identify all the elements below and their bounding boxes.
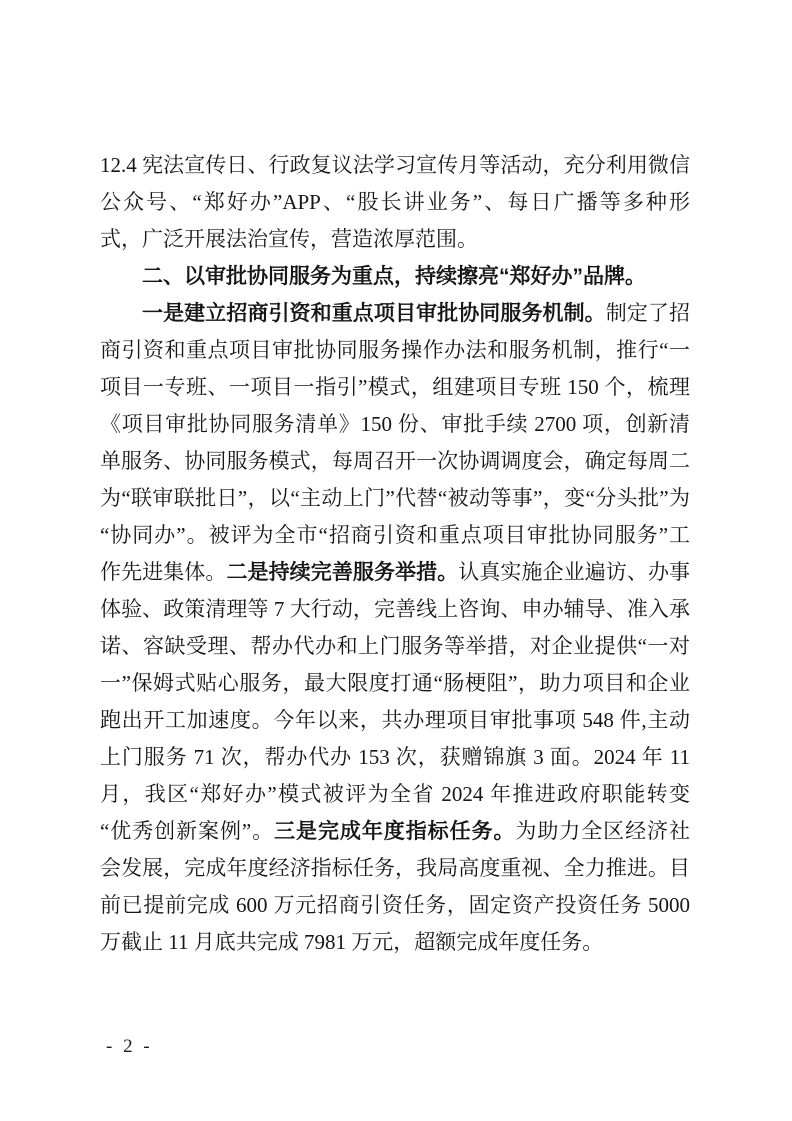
text-line: 万截止 11 月底共完成 7981 万元，超额完成年度任务。 bbox=[100, 924, 690, 961]
bold-text-segment: 三是完成年度指标任务。 bbox=[274, 820, 515, 843]
text-line: 《项目审批协同服务清单》150 份、审批手续 2700 项，创新清 bbox=[100, 406, 690, 443]
text-segment: “协同办”。被评为全市“招商引资和重点项目审批协同服务”工 bbox=[100, 523, 690, 547]
document-page: 12.4 宪法宣传日、行政复议法学习宣传月等活动，充分利用微信公众号、“郑好办”… bbox=[0, 0, 792, 1121]
text-segment: 前已提前完成 600 万元招商引资任务，固定资产投资任务 5000 bbox=[100, 893, 690, 917]
text-segment: 万截止 11 月底共完成 7981 万元，超额完成年度任务。 bbox=[100, 930, 603, 954]
text-line: 跑出开工加速度。今年以来，共办理项目审批事项 548 件,主动 bbox=[100, 702, 690, 739]
text-segment: 诺、容缺受理、帮办代办和上门服务等举措，对企业提供“一对 bbox=[100, 634, 690, 658]
text-segment: 12.4 宪法宣传日、行政复议法学习宣传月等活动，充分利用微信 bbox=[100, 153, 690, 177]
text-segment: 《项目审批协同服务清单》150 份、审批手续 2700 项，创新清 bbox=[100, 412, 690, 436]
text-line: 前已提前完成 600 万元招商引资任务，固定资产投资任务 5000 bbox=[100, 887, 690, 924]
bold-text-segment: 二是持续完善服务举措。 bbox=[226, 561, 458, 584]
text-segment: 为助力全区经济社 bbox=[515, 819, 690, 843]
document-body: 12.4 宪法宣传日、行政复议法学习宣传月等活动，充分利用微信公众号、“郑好办”… bbox=[100, 147, 690, 961]
text-line: 会发展，完成年度经济指标任务，我局高度重视、全力推进。目 bbox=[100, 850, 690, 887]
text-segment: 体验、政策清理等 7 大行动，完善线上咨询、申办辅导、准入承 bbox=[100, 597, 690, 621]
text-segment: 认真实施企业遍访、办事 bbox=[458, 560, 690, 584]
page-number: - 2 - bbox=[106, 1036, 153, 1057]
text-line: “优秀创新案例”。三是完成年度指标任务。为助力全区经济社 bbox=[100, 813, 690, 850]
text-segment: “优秀创新案例”。 bbox=[100, 819, 274, 843]
text-segment: 会发展，完成年度经济指标任务，我局高度重视、全力推进。目 bbox=[100, 856, 690, 880]
text-line: 商引资和重点项目审批协同服务操作办法和服务机制，推行“一 bbox=[100, 332, 690, 369]
text-segment: 单服务、协同服务模式，每周召开一次协调调度会，确定每周二 bbox=[100, 449, 690, 473]
text-line: 公众号、“郑好办”APP、“股长讲业务”、每日广播等多种形 bbox=[100, 184, 690, 221]
text-segment: 跑出开工加速度。今年以来，共办理项目审批事项 548 件,主动 bbox=[100, 708, 690, 732]
text-segment: 公众号、“郑好办”APP、“股长讲业务”、每日广播等多种形 bbox=[100, 190, 690, 214]
text-segment: 制定了招 bbox=[606, 301, 690, 325]
text-segment: 项目一专班、一项目一指引”模式，组建项目专班 150 个，梳理 bbox=[100, 375, 690, 399]
text-line: 上门服务 71 次，帮办代办 153 次，获赠锦旗 3 面。2024 年 11 bbox=[100, 739, 690, 776]
text-segment: 一”保姆式贴心服务，最大限度打通“肠梗阻”，助力项目和企业 bbox=[100, 671, 690, 695]
text-line: 诺、容缺受理、帮办代办和上门服务等举措，对企业提供“一对 bbox=[100, 628, 690, 665]
text-line: 体验、政策清理等 7 大行动，完善线上咨询、申办辅导、准入承 bbox=[100, 591, 690, 628]
text-line: 12.4 宪法宣传日、行政复议法学习宣传月等活动，充分利用微信 bbox=[100, 147, 690, 184]
text-segment: 作先进集体。 bbox=[100, 560, 226, 584]
page-footer: - 2 - bbox=[106, 1036, 153, 1058]
text-segment: 月，我区“郑好办”模式被评为全省 2024 年推进政府职能转变 bbox=[100, 782, 690, 806]
bold-text-segment: 二、以审批协同服务为重点，持续擦亮“郑好办”品牌。 bbox=[142, 265, 646, 288]
text-line: 式，广泛开展法治宣传，营造浓厚范围。 bbox=[100, 221, 690, 258]
text-line: 项目一专班、一项目一指引”模式，组建项目专班 150 个，梳理 bbox=[100, 369, 690, 406]
text-line: 作先进集体。二是持续完善服务举措。认真实施企业遍访、办事 bbox=[100, 554, 690, 591]
text-line: 单服务、协同服务模式，每周召开一次协调调度会，确定每周二 bbox=[100, 443, 690, 480]
text-line: 月，我区“郑好办”模式被评为全省 2024 年推进政府职能转变 bbox=[100, 776, 690, 813]
bold-text-segment: 一是建立招商引资和重点项目审批协同服务机制。 bbox=[142, 302, 606, 325]
text-segment: 式，广泛开展法治宣传，营造浓厚范围。 bbox=[100, 227, 478, 251]
text-line: 二、以审批协同服务为重点，持续擦亮“郑好办”品牌。 bbox=[100, 258, 690, 295]
text-segment: 商引资和重点项目审批协同服务操作办法和服务机制，推行“一 bbox=[100, 338, 690, 362]
text-line: 一”保姆式贴心服务，最大限度打通“肠梗阻”，助力项目和企业 bbox=[100, 665, 690, 702]
text-line: 为“联审联批日”，以“主动上门”代替“被动等事”，变“分头批”为 bbox=[100, 480, 690, 517]
text-line: 一是建立招商引资和重点项目审批协同服务机制。制定了招 bbox=[100, 295, 690, 332]
text-line: “协同办”。被评为全市“招商引资和重点项目审批协同服务”工 bbox=[100, 517, 690, 554]
text-segment: 为“联审联批日”，以“主动上门”代替“被动等事”，变“分头批”为 bbox=[100, 486, 690, 510]
text-segment: 上门服务 71 次，帮办代办 153 次，获赠锦旗 3 面。2024 年 11 bbox=[100, 745, 690, 769]
